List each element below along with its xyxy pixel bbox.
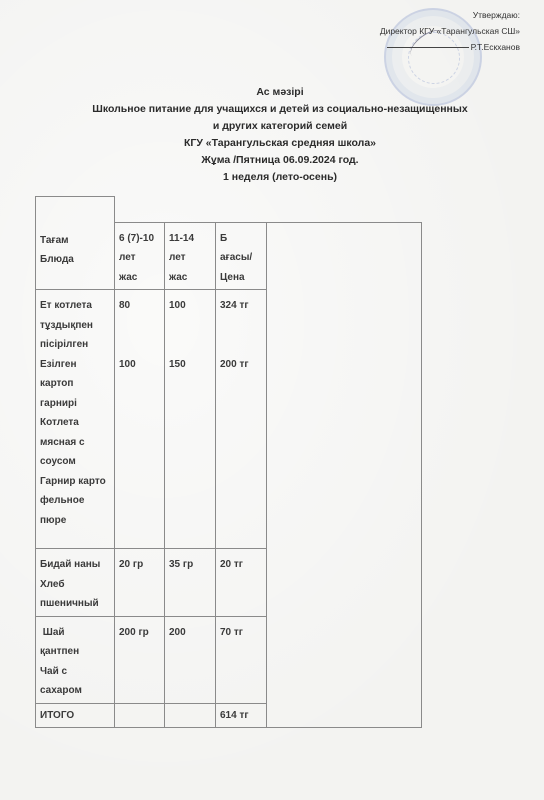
header-age-11-14: 11-14 лет жас <box>165 222 216 290</box>
portion-value <box>119 335 160 355</box>
document-title: Ас мәзірі <box>60 84 500 101</box>
dish-line: мясная с <box>40 433 110 453</box>
portion-value: 20 гр <box>119 555 160 575</box>
header-age-11-14-range: 11-14 <box>169 229 211 249</box>
approval-block: Утверждаю: Директор КГУ «Тарангульская С… <box>380 7 520 55</box>
price-cell: 20 тг <box>216 549 267 617</box>
school-name: КГУ «Тарангульская средняя школа» <box>60 135 500 152</box>
dish-line: Шай <box>40 623 110 643</box>
total-age2 <box>165 703 216 728</box>
dish-line: сахаром <box>40 681 110 701</box>
document-subtitle-2: и других категорий семей <box>60 118 500 135</box>
dish-cell: Бидай наны Хлеб пшеничный <box>36 549 115 617</box>
age2-cell: 35 гр <box>165 549 216 617</box>
header-age-6-10-ru: лет <box>119 248 160 268</box>
dish-cell: Шай қантпен Чай с сахаром <box>36 616 115 703</box>
signature-underline <box>387 47 469 48</box>
dish-line: Гарнир карто <box>40 472 110 492</box>
dish-line: пісірілген <box>40 335 110 355</box>
total-age1 <box>115 703 165 728</box>
dish-line: Котлета <box>40 413 110 433</box>
dish-line: соусом <box>40 452 110 472</box>
document-header: Ас мәзірі Школьное питание для учащихся … <box>60 84 500 186</box>
portion-value: 200 <box>169 623 211 643</box>
blank-notes-column <box>267 222 422 728</box>
total-label: ИТОГО <box>36 703 115 728</box>
portion-value: 200 гр <box>119 623 160 643</box>
total-price: 614 тг <box>216 703 267 728</box>
price-value: 324 тг <box>220 296 262 316</box>
price-value: 20 тг <box>220 555 262 575</box>
approval-director: Директор КГУ «Тарангульская СШ» <box>380 23 520 39</box>
header-price-line1: Б <box>220 229 262 249</box>
header-top-gap <box>115 197 422 223</box>
header-price-line3: Цена <box>220 268 262 288</box>
portion-value <box>169 316 211 336</box>
document-page: Утверждаю: Директор КГУ «Тарангульская С… <box>0 0 544 800</box>
portion-value <box>169 335 211 355</box>
price-value <box>220 316 262 336</box>
age2-cell: 100 150 <box>165 290 216 549</box>
portion-value: 100 <box>119 355 160 375</box>
dish-line: Хлеб <box>40 575 110 595</box>
price-value: 70 тг <box>220 623 262 643</box>
dish-line: Бидай наны <box>40 555 110 575</box>
week-line: 1 неделя (лето-осень) <box>60 169 500 186</box>
price-value: 200 тг <box>220 355 262 375</box>
header-age-11-14-kz: жас <box>169 268 211 288</box>
dish-cell: Ет котлета тұздықпен пісірілген Езілген … <box>36 290 115 549</box>
dish-line: Езілген <box>40 355 110 375</box>
dish-line: Чай с <box>40 662 110 682</box>
portion-value <box>119 316 160 336</box>
portion-value: 150 <box>169 355 211 375</box>
approval-signature-line: Р.Т.Ескханов <box>380 39 520 55</box>
portion-value: 80 <box>119 296 160 316</box>
table-header-spacer: Тағам Блюда <box>36 197 422 223</box>
dish-line: фельное <box>40 491 110 511</box>
age1-cell: 200 гр <box>115 616 165 703</box>
price-cell: 324 тг 200 тг <box>216 290 267 549</box>
date-line: Жұма /Пятница 06.09.2024 год. <box>60 152 500 169</box>
age2-cell: 200 <box>165 616 216 703</box>
header-dish-ru: Блюда <box>40 250 110 270</box>
header-age-6-10: 6 (7)-10 лет жас <box>115 222 165 290</box>
approval-heading: Утверждаю: <box>380 7 520 23</box>
header-price-line2: ағасы/ <box>220 248 262 268</box>
dish-line: Ет котлета <box>40 296 110 316</box>
dish-line: қантпен <box>40 642 110 662</box>
header-age-6-10-kz: жас <box>119 268 160 288</box>
dish-line: гарнирі <box>40 394 110 414</box>
header-dish: Тағам Блюда <box>36 197 115 290</box>
dish-line: пшеничный <box>40 594 110 614</box>
dish-line: картоп <box>40 374 110 394</box>
document-subtitle-1: Школьное питание для учащихся и детей из… <box>60 101 500 118</box>
portion-value: 35 гр <box>169 555 211 575</box>
dish-line: тұздықпен <box>40 316 110 336</box>
dish-line: пюре <box>40 511 110 531</box>
price-cell: 70 тг <box>216 616 267 703</box>
header-age-6-10-range: 6 (7)-10 <box>119 229 160 249</box>
header-age-11-14-ru: лет <box>169 248 211 268</box>
age1-cell: 80 100 <box>115 290 165 549</box>
approval-name: Р.Т.Ескханов <box>471 42 520 52</box>
portion-value: 100 <box>169 296 211 316</box>
header-dish-kz: Тағам <box>40 231 110 251</box>
age1-cell: 20 гр <box>115 549 165 617</box>
header-price: Б ағасы/ Цена <box>216 222 267 290</box>
menu-table: Тағам Блюда 6 (7)-10 лет жас 11-14 лет ж… <box>35 196 422 728</box>
price-value <box>220 335 262 355</box>
